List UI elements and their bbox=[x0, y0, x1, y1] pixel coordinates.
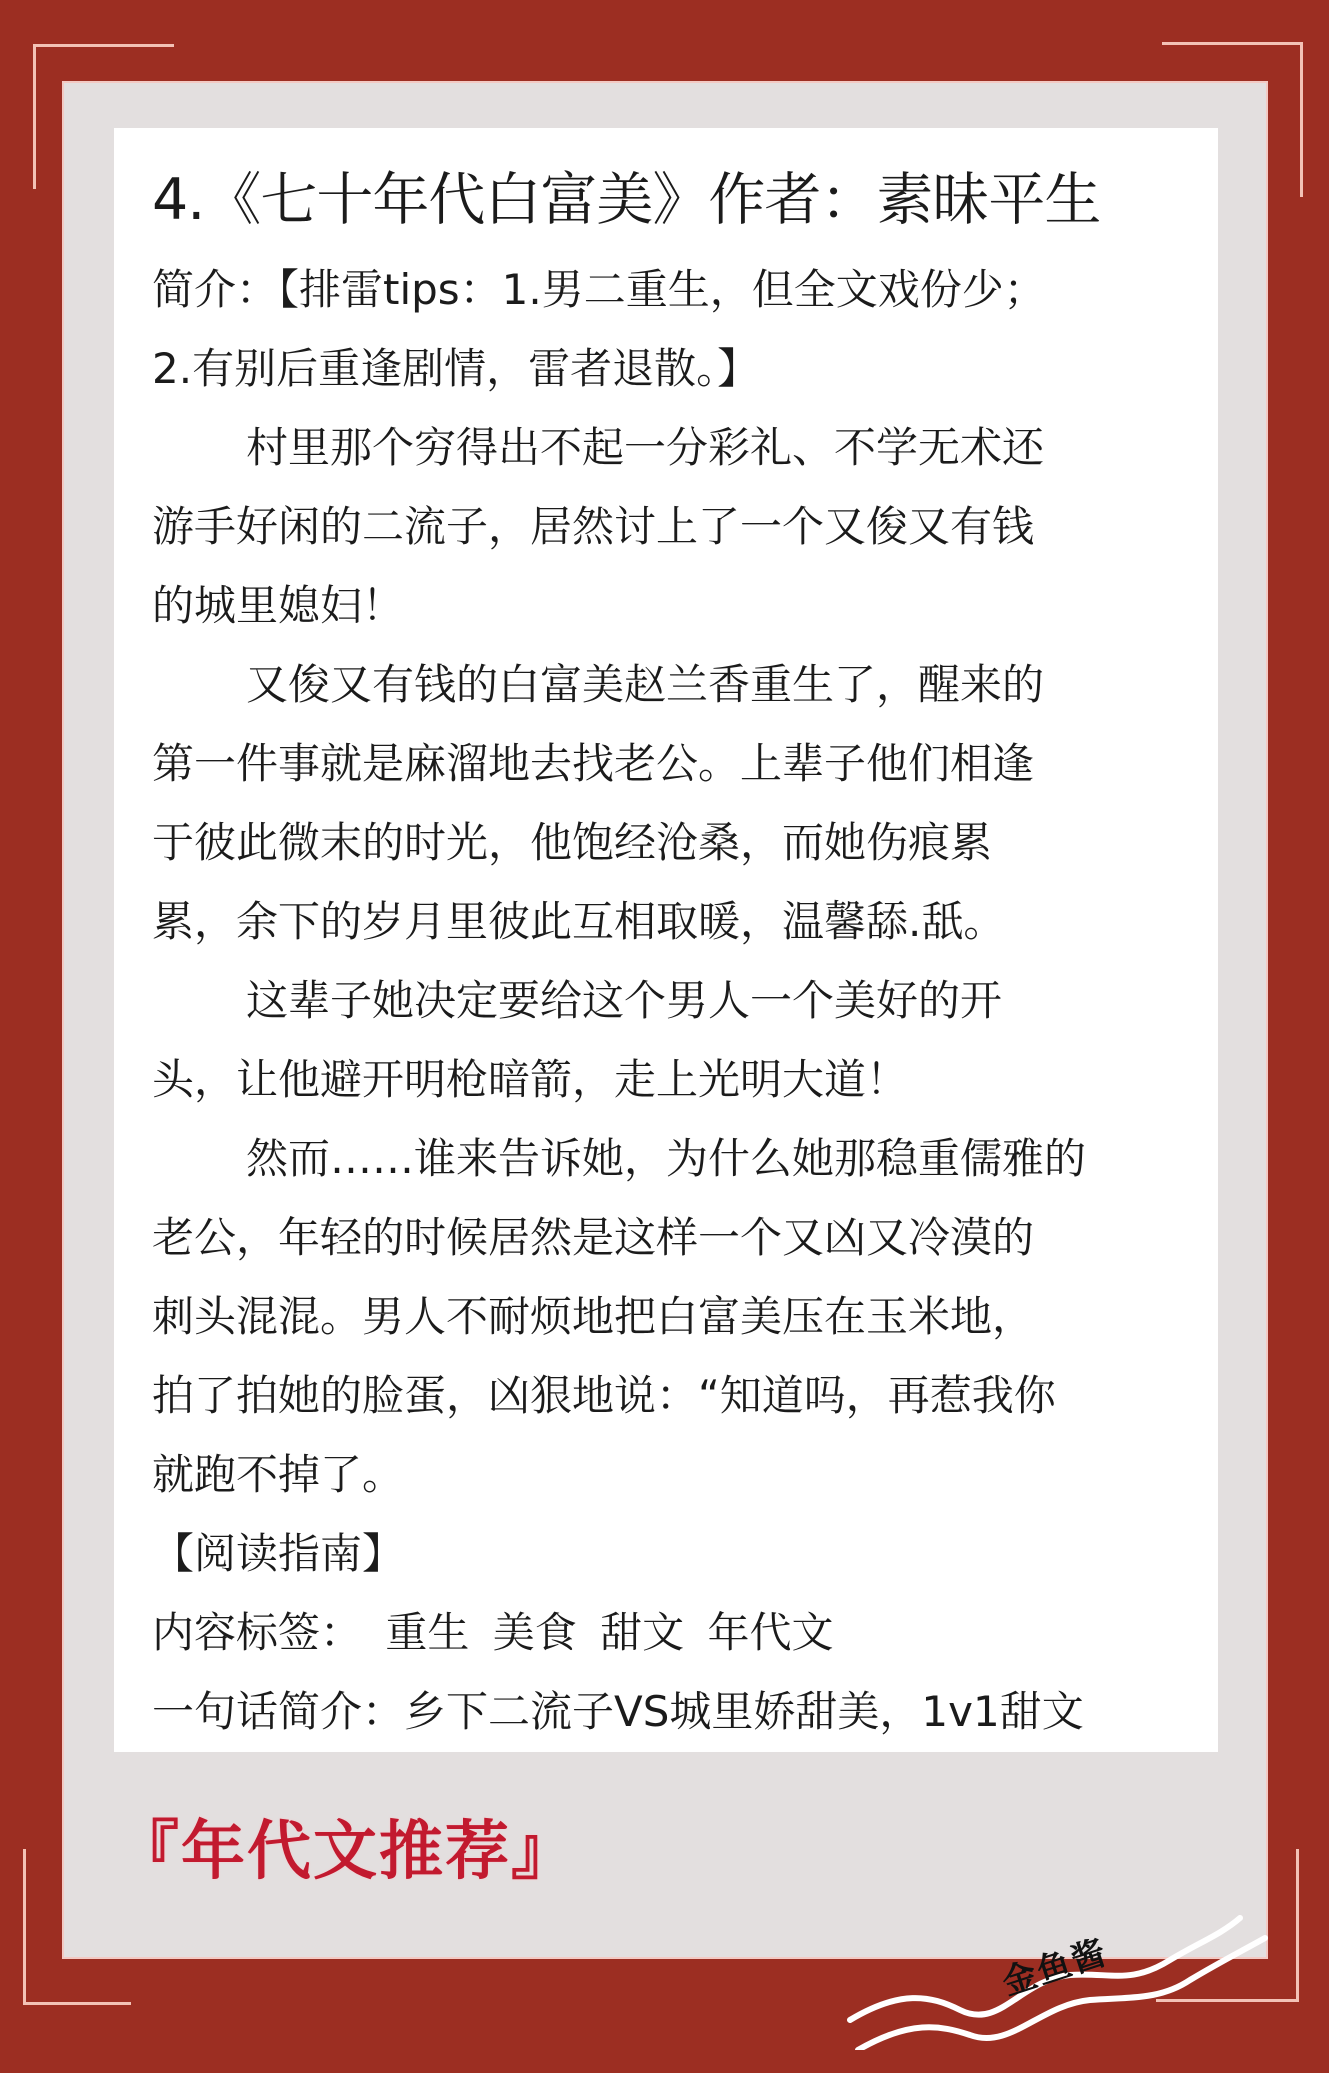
intro-line: 简介：【排雷tips：1.男二重生，但全文戏份少； bbox=[152, 250, 1182, 329]
tag: 年代文 bbox=[708, 1608, 834, 1657]
synopsis-paragraph: 村里那个穷得出不起一分彩礼、不学无术还 游手好闲的二流子，居然讨上了一个又俊又有… bbox=[152, 408, 1182, 645]
text-line: 于彼此微末的时光，他饱经沧桑，而她伤痕累 bbox=[152, 803, 1182, 882]
one-sentence-summary: 一句话简介：乡下二流子VS城里娇甜美，1v1甜文 bbox=[152, 1672, 1182, 1751]
text-line: 第一件事就是麻溜地去找老公。上辈子他们相逢 bbox=[152, 724, 1182, 803]
text-line: 村里那个穷得出不起一分彩礼、不学无术还 bbox=[152, 408, 1182, 487]
intro-line: 2.有别后重逢剧情，雷者退散。】 bbox=[152, 329, 1182, 408]
text-line: 就跑不掉了。 bbox=[152, 1435, 1182, 1514]
text-line: 刺头混混。男人不耐烦地把白富美压在玉米地， bbox=[152, 1277, 1182, 1356]
text-line: 头，让他避开明枪暗箭，走上光明大道！ bbox=[152, 1040, 1182, 1119]
category-badge: 『年代文推荐』 bbox=[115, 1800, 577, 1892]
tag: 甜文 bbox=[600, 1608, 684, 1657]
text-line: 又俊又有钱的白富美赵兰香重生了，醒来的 bbox=[152, 645, 1182, 724]
synopsis-paragraph: 又俊又有钱的白富美赵兰香重生了，醒来的 第一件事就是麻溜地去找老公。上辈子他们相… bbox=[152, 645, 1182, 961]
article-panel: 4.《七十年代白富美》作者：素昧平生 简介：【排雷tips：1.男二重生，但全文… bbox=[114, 128, 1218, 1752]
text-line: 这辈子她决定要给这个男人一个美好的开 bbox=[152, 961, 1182, 1040]
text-line: 的城里媳妇！ bbox=[152, 566, 1182, 645]
text-line: 然而……谁来告诉她，为什么她那稳重儒雅的 bbox=[152, 1119, 1182, 1198]
synopsis-paragraph: 然而……谁来告诉她，为什么她那稳重儒雅的 老公，年轻的时候居然是这样一个又凶又冷… bbox=[152, 1119, 1182, 1514]
book-title: 4.《七十年代白富美》作者：素昧平生 bbox=[152, 150, 1182, 250]
content-tags: 内容标签： 重生 美食 甜文 年代文 bbox=[152, 1593, 1182, 1672]
text-line: 累，余下的岁月里彼此互相取暖，温馨舔.舐。 bbox=[152, 882, 1182, 961]
tag: 美食 bbox=[493, 1608, 577, 1657]
reading-guide-heading: 【阅读指南】 bbox=[152, 1514, 1182, 1593]
text-line: 老公，年轻的时候居然是这样一个又凶又冷漠的 bbox=[152, 1198, 1182, 1277]
synopsis-paragraph: 这辈子她决定要给这个男人一个美好的开 头，让他避开明枪暗箭，走上光明大道！ bbox=[152, 961, 1182, 1119]
text-line: 拍了拍她的脸蛋，凶狠地说：“知道吗，再惹我你 bbox=[152, 1356, 1182, 1435]
tag: 重生 bbox=[385, 1608, 469, 1657]
text-line: 游手好闲的二流子，居然讨上了一个又俊又有钱 bbox=[152, 487, 1182, 566]
tags-label: 内容标签： bbox=[152, 1608, 362, 1657]
